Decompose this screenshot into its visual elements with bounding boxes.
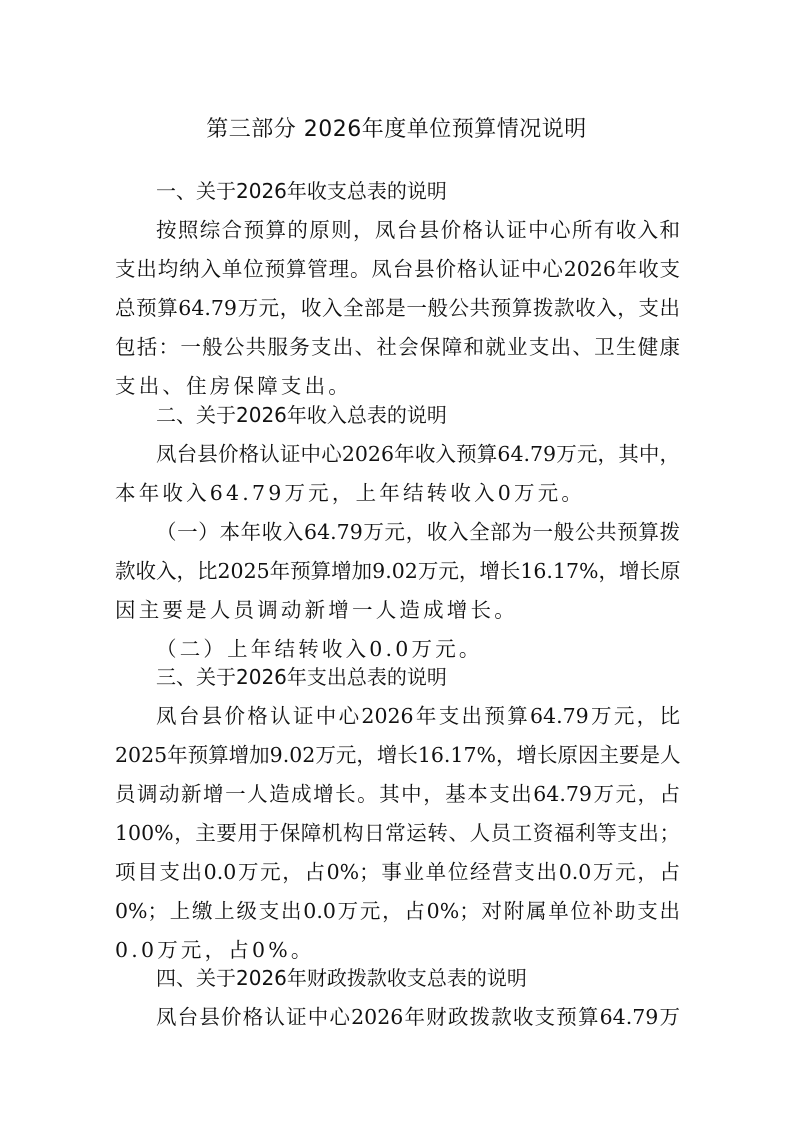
paragraph-line: 本年收入64.79万元，上年结转收入0万元。 xyxy=(115,478,680,508)
paragraph-line: 按照综合预算的原则，凤台县价格认证中心所有收入和 xyxy=(156,215,680,245)
paragraph-line: 0%；上缴上级支出0.0万元，占0%；对附属单位补助支出 xyxy=(115,896,680,926)
paragraph-line: （一）本年收入64.79万元，收入全部为一般公共预算拨 xyxy=(156,517,680,547)
section-heading-2: 二、关于2026年收入总表的说明 xyxy=(156,400,447,430)
paragraph-line: 总预算64.79万元，收入全部是一般公共预算拨款收入，支出 xyxy=(115,293,680,323)
paragraph-line: 员调动新增一人造成增长。其中，基本支出64.79万元，占 xyxy=(115,779,680,809)
document-page: 第三部分 2026年度单位预算情况说明 一、关于2026年收支总表的说明 按照综… xyxy=(0,0,793,1122)
paragraph-line: （二）上年结转收入0.0万元。 xyxy=(156,634,680,664)
paragraph-line: 包括：一般公共服务支出、社会保障和就业支出、卫生健康 xyxy=(115,332,680,362)
paragraph-line: 支出、住房保障支出。 xyxy=(115,371,680,401)
page-title: 第三部分 2026年度单位预算情况说明 xyxy=(0,112,793,143)
paragraph-line: 款收入，比2025年预算增加9.02万元，增长16.17%，增长原 xyxy=(115,556,680,586)
section-heading-3: 三、关于2026年支出总表的说明 xyxy=(156,662,447,692)
paragraph-line: 项目支出0.0万元，占0%；事业单位经营支出0.0万元，占 xyxy=(115,857,680,887)
paragraph-line: 2025年预算增加9.02万元，增长16.17%，增长原因主要是人 xyxy=(115,740,680,770)
section-heading-1: 一、关于2026年收支总表的说明 xyxy=(156,176,447,206)
paragraph-line: 支出均纳入单位预算管理。凤台县价格认证中心2026年收支 xyxy=(115,254,680,284)
paragraph-line: 凤台县价格认证中心2026年支出预算64.79万元，比 xyxy=(156,701,680,731)
section-heading-4: 四、关于2026年财政拨款收支总表的说明 xyxy=(156,963,527,993)
paragraph-line: 凤台县价格认证中心2026年财政拨款收支预算64.79万 xyxy=(156,1002,680,1032)
paragraph-line: 因主要是人员调动新增一人造成增长。 xyxy=(115,595,680,625)
paragraph-line: 100%，主要用于保障机构日常运转、人员工资福利等支出； xyxy=(115,818,680,848)
paragraph-line: 凤台县价格认证中心2026年收入预算64.79万元，其中， xyxy=(156,439,680,469)
paragraph-line: 0.0万元，占0%。 xyxy=(115,935,680,965)
